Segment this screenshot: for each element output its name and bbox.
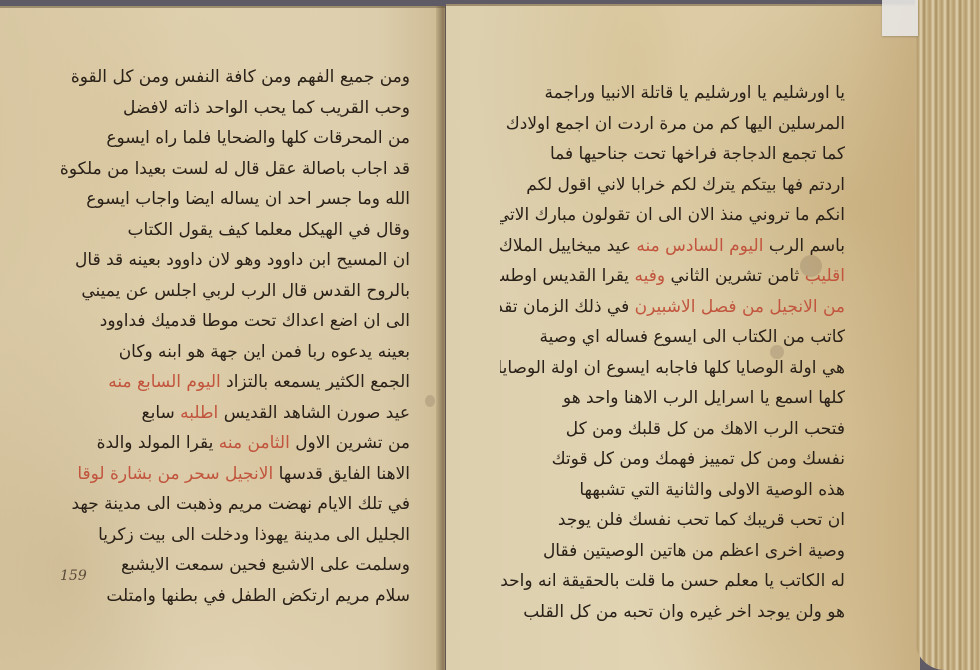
text-line: باسم الرب اليوم السادس منه عيد ميخاييل ا…	[500, 231, 845, 262]
text-line: كلها اسمع يا اسرايل الرب الاهنا واحد هو	[500, 383, 845, 414]
text-line: عيد صورن الشاهد القديس اطلبه سابع	[55, 398, 410, 429]
text-line: كما تجمع الدجاجة فراخها تحت جناحيها فما	[500, 139, 845, 170]
text-line: هو ولن يوجد اخر غيره وان تحبه من كل القل…	[500, 597, 845, 628]
text-line: ان تحب قريبك كما تحب نفسك فلن يوجد	[500, 505, 845, 536]
rubric: وفيه	[634, 266, 665, 286]
text-line: بعينه يدعوه ربا فمن اين جهة هو ابنه وكان	[55, 337, 410, 368]
text-line: من المحرقات كلها والضحايا فلما راه ايسوع	[55, 123, 410, 154]
text-line: الله وما جسر احد ان يساله ايضا واجاب ايس…	[55, 184, 410, 215]
text-line: قد اجاب باصالة عقل قال له لست بعيدا من م…	[55, 154, 410, 185]
text-line: وقال في الهيكل معلما كيف يقول الكتاب	[55, 215, 410, 246]
text-line: كاتب من الكتاب الى ايسوع فساله اي وصية	[500, 322, 845, 353]
text-line: بالروح القدس قال الرب لربي اجلس عن يميني	[55, 276, 410, 307]
text-line: وسلمت على الاشبع فحين سمعت الايشبع	[55, 550, 410, 581]
text-line: المرسلين اليها كم من مرة اردت ان اجمع او…	[500, 109, 845, 140]
text-line: ومن جميع الفهم ومن كافة النفس ومن كل الق…	[55, 62, 410, 93]
text-line: وصية اخرى اعظم من هاتين الوصيتين فقال	[500, 536, 845, 567]
text-line: انكم ما تروني منذ الان الى ان تقولون مبا…	[500, 200, 845, 231]
text-line: وحب القريب كما يحب الواحد ذاته لافضل	[55, 93, 410, 124]
text-line: الى ان اضع اعداك تحت موطا قدميك فداوود	[55, 306, 410, 337]
rubric: اقليب	[805, 266, 845, 286]
paper-tab	[882, 0, 918, 36]
manuscript-spread: ومن جميع الفهم ومن كافة النفس ومن كل الق…	[0, 0, 980, 670]
rubric: اطلبه	[180, 403, 218, 423]
rubric: الانجيل سحر من بشارة لوقا	[77, 464, 273, 484]
text-line: نفسك ومن كل تمييز فهمك ومن كل قوتك	[500, 444, 845, 475]
rubric: من الانجيل من فصل الاشبيرن	[635, 297, 845, 317]
text-line: فتحب الرب الاهك من كل قلبك ومن كل	[500, 414, 845, 445]
left-page-text: ومن جميع الفهم ومن كافة النفس ومن كل الق…	[55, 62, 410, 611]
text-line: هي اولة الوصايا كلها فاجابه ايسوع ان اول…	[500, 353, 845, 384]
text-line: سلام مريم ارتكض الطفل في بطنها وامتلت	[55, 581, 410, 612]
folio-number: 159	[60, 568, 87, 584]
text-line: من الانجيل من فصل الاشبيرن في ذلك الزمان…	[500, 292, 845, 323]
text-line: في تلك الايام نهضت مريم وذهبت الى مدينة …	[55, 489, 410, 520]
text-line: اردتم فها بيتكم يترك لكم خرابا لاني اقول…	[500, 170, 845, 201]
rubric: اليوم السادس منه	[636, 236, 763, 256]
text-line: ان المسيح ابن داوود وهو لان داوود بعينه …	[55, 245, 410, 276]
rubric: الثامن منه	[219, 433, 290, 453]
text-line: له الكاتب يا معلم حسن ما قلت بالحقيقة ان…	[500, 566, 845, 597]
text-line: الاهنا الفايق قدسها الانجيل سحر من بشارة…	[55, 459, 410, 490]
rubric: اليوم السابع منه	[108, 372, 221, 392]
text-line: اقليب ثامن تشرين الثاني وفيه يقرا القديس…	[500, 261, 845, 292]
text-line: الجمع الكثير يسمعه بالتزاد اليوم السابع …	[55, 367, 410, 398]
right-page-text: يا اورشليم يا اورشليم يا قاتلة الانبيا و…	[500, 78, 845, 627]
text-line: من تشرين الاول الثامن منه يقرا المولد وا…	[55, 428, 410, 459]
text-line: يا اورشليم يا اورشليم يا قاتلة الانبيا و…	[500, 78, 845, 109]
text-line: هذه الوصية الاولى والثانية التي تشبهها	[500, 475, 845, 506]
text-line: الجليل الى مدينة يهوذا ودخلت الى بيت زكر…	[55, 520, 410, 551]
stain	[425, 395, 435, 407]
page-edges	[915, 0, 980, 670]
